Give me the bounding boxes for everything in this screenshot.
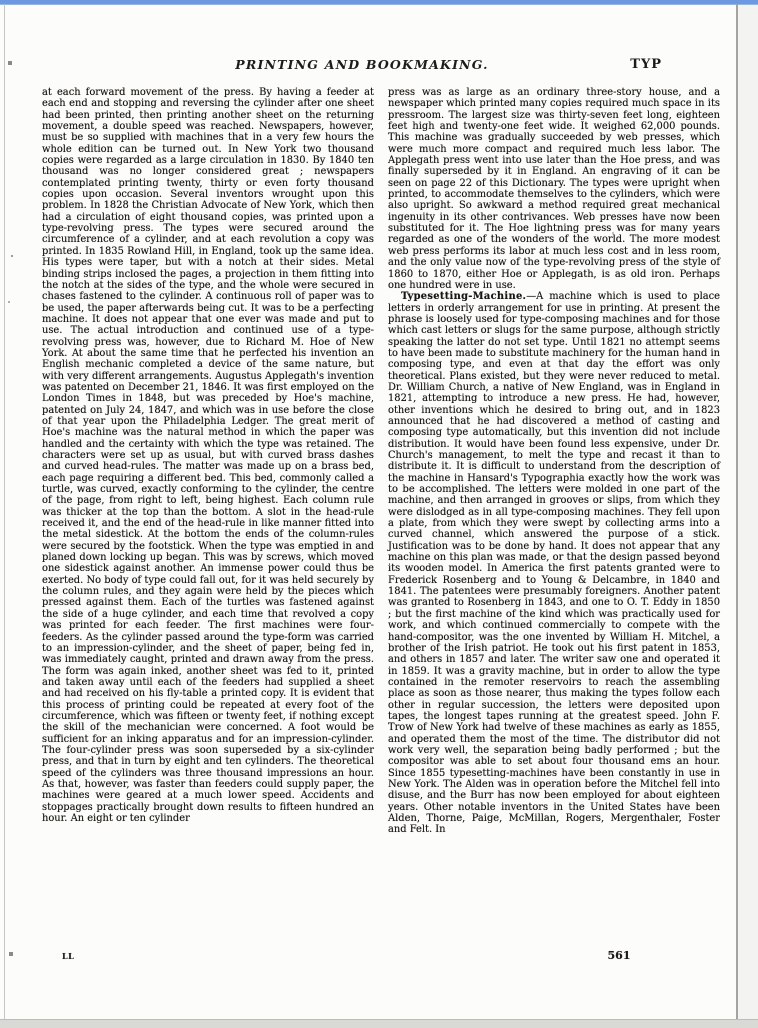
scan-top-edge	[0, 0, 758, 5]
right-column-continuation-paragraph: press was as large as an ordinary three-…	[388, 87, 720, 291]
entry-separator: —	[526, 291, 536, 302]
scan-noise-specks	[0, 0, 2, 2]
scan-bottom-edge	[0, 1019, 758, 1028]
left-column-paragraph: at each forward movement of the press. B…	[42, 87, 374, 824]
scan-right-margin	[738, 4, 758, 1028]
scan-left-edge-line	[4, 4, 5, 1028]
scan-right-edge-line	[736, 4, 738, 1028]
entry-term: Typesetting-Machine.	[401, 291, 526, 302]
left-column: at each forward movement of the press. B…	[42, 87, 374, 824]
scanned-page: PRINTING AND BOOKMAKING. TYP at each for…	[0, 0, 758, 1028]
signature-mark: LL	[62, 951, 74, 961]
entry-body: A machine which is used to place letters…	[388, 291, 720, 835]
typesetting-machine-entry-paragraph: Typesetting-Machine.—A machine which is …	[388, 291, 720, 836]
catchword: TYP	[586, 57, 662, 72]
right-column: press was as large as an ordinary three-…	[388, 87, 720, 836]
page-number: 561	[598, 949, 640, 962]
